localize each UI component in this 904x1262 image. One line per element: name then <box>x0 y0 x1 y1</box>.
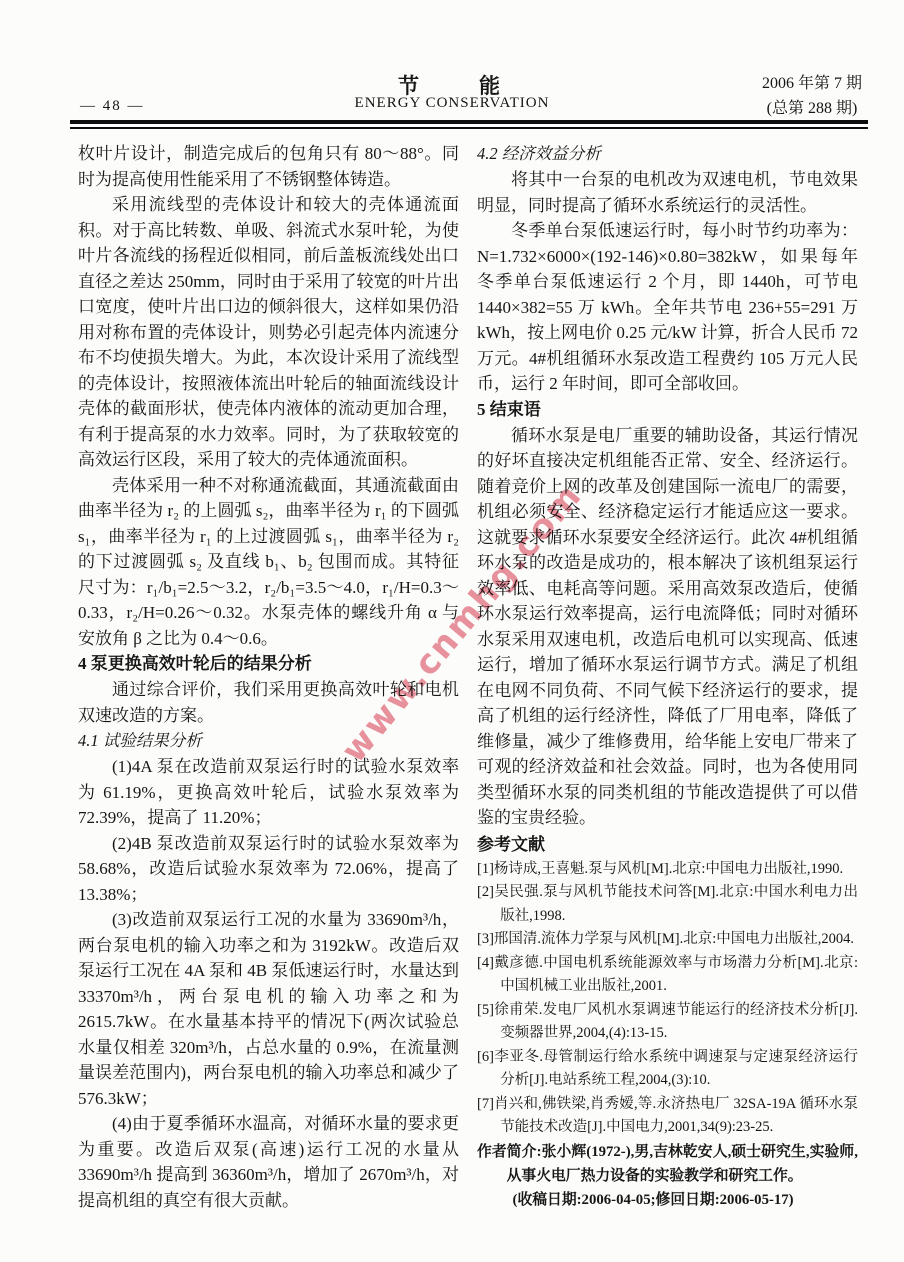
body-paragraph: 循环水泵是电厂重要的辅助设备，其运行情况的好坏直接决定机组能否正常、安全、经济运… <box>477 423 858 831</box>
result-item-2: (2)4B 泵改造前双泵运行时的试验水泵效率为 58.68%，改造后试验水泵效率… <box>78 831 459 908</box>
body-paragraph: 将其中一台泵的电机改为双速电机，节电效果明显，同时提高了循环水系统运行的灵活性。 <box>477 167 858 218</box>
section-heading-5: 5 结束语 <box>477 397 858 423</box>
reference-item: [4]戴彦德.中国电机系统能源效率与市场潜力分析[M].北京:中国机械工业出版社… <box>477 952 858 999</box>
reference-item: [6]李亚冬.母管制运行给水系统中调速泵与定速泵经济运行分析[J].电站系统工程… <box>477 1046 858 1093</box>
references-heading: 参考文献 <box>477 831 858 858</box>
result-item-3: (3)改造前双泵运行工况的水量为 33690m³/h，两台泵电机的输入功率之和为… <box>78 907 459 1111</box>
right-column: 4.2 经济效益分析 将其中一台泵的电机改为双速电机，节电效果明显，同时提高了循… <box>477 141 858 1212</box>
result-item-1: (1)4A 泵在改造前双泵运行时的试验水泵效率为 61.19%，更换高效叶轮后，… <box>78 754 459 831</box>
left-column: 枚叶片设计，制造完成后的包角只有 80～88°。同时为提高使用性能采用了不锈钢整… <box>78 141 459 1213</box>
body-paragraph: 通过综合评价，我们采用更换高效叶轮和电机双速改造的方案。 <box>78 677 459 728</box>
subsection-heading-4-1: 4.1 试验结果分析 <box>78 728 459 754</box>
body-paragraph-continuation: 枚叶片设计，制造完成后的包角只有 80～88°。同时为提高使用性能采用了不锈钢整… <box>78 141 459 192</box>
manuscript-dates: (收稿日期:2006-04-05;修回日期:2006-05-17) <box>477 1188 858 1212</box>
issue-info: 2006 年第 7 期 (总第 288 期) <box>762 71 862 121</box>
header-divider <box>70 120 868 129</box>
journal-page: — 48 — 节 能 ENERGY CONSERVATION 2006 年第 7… <box>0 0 904 1262</box>
reference-item: [7]肖兴和,佛铁梁,肖秀嫒,等.永济热电厂 32SA-19A 循环水泵节能技术… <box>477 1093 858 1140</box>
body-paragraph: 采用流线型的壳体设计和较大的壳体通流面积。对于高比转数、单吸、斜流式水泵叶轮，为… <box>78 192 459 473</box>
author-bio-text: 张小辉(1972-),男,吉林乾安人,硕士研究生,实验师,从事火电厂热力设备的实… <box>507 1144 858 1184</box>
issue-line-1: 2006 年第 7 期 <box>762 71 862 96</box>
issue-line-2: (总第 288 期) <box>762 96 862 121</box>
reference-item: [5]徐甫荣.发电厂风机水泵调速节能运行的经济技术分析[J].变频器世界,200… <box>477 999 858 1046</box>
reference-item: [1]杨诗成,王喜魁.泵与风机[M].北京:中国电力出版社,1990. <box>477 858 858 882</box>
reference-item: [3]邢国清.流体力学泵与风机[M].北京:中国电力出版社,2004. <box>477 928 858 952</box>
reference-item: [2]吴民强.泵与风机节能技术问答[M].北京:中国水利电力出版社,1998. <box>477 881 858 928</box>
body-paragraph: 冬季单台泵低速运行时，每小时节约功率为：N=1.732×6000×(192-14… <box>477 218 858 397</box>
author-bio-label: 作者简介: <box>477 1144 542 1160</box>
section-heading-4: 4 泵更换高效叶轮后的结果分析 <box>78 651 459 677</box>
result-item-4: (4)由于夏季循环水温高，对循环水量的要求更为重要。改造后双泵(高速)运行工况的… <box>78 1111 459 1213</box>
subsection-heading-4-2: 4.2 经济效益分析 <box>477 141 858 167</box>
author-bio: 作者简介:张小辉(1972-),男,吉林乾安人,硕士研究生,实验师,从事火电厂热… <box>477 1140 858 1188</box>
body-paragraph: 壳体采用一种不对称通流截面，其通流截面由曲率半径为 r₂ 的上圆弧 s₂，曲率半… <box>78 473 459 652</box>
